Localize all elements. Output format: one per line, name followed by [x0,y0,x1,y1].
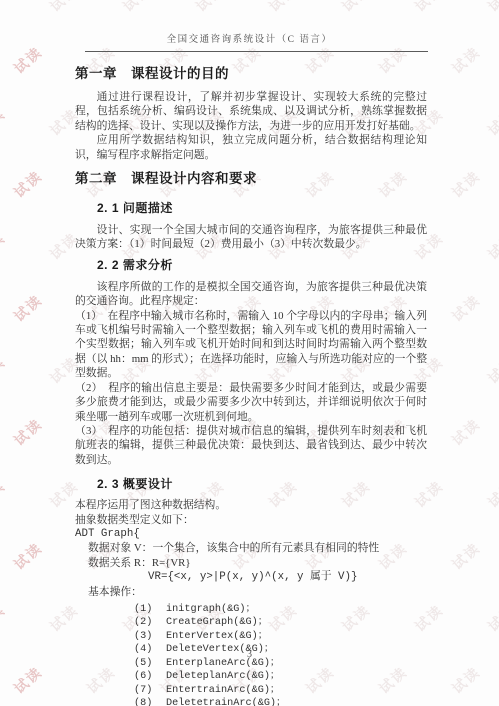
adt-basic-ops-label: 基本操作： [88,585,427,599]
operation-number: (3) [134,630,160,644]
watermark-text: 试读 [9,166,46,202]
operation-code: CreateGraph(&G)； [166,616,268,630]
adt-operation-row: (6) DeleteplanArc(&G)； [134,670,427,684]
header-rule [85,51,428,52]
section-2-1-heading: 2. 1 问题描述 [97,199,427,216]
watermark-text: 试读 [447,538,484,574]
operation-number: (8) [134,697,160,706]
watermark-text: 试读 [483,476,499,512]
watermark-text: 试读 [0,0,10,16]
watermark-text: 试读 [264,0,301,16]
watermark-text: 试读 [9,290,46,326]
document-page: 试读试读试读试读试读试读试读试读试读试读试读试读试读试读试读试读试读试读试读试读… [0,0,499,706]
watermark-text: 试读 [447,662,484,698]
adt-data-relation-line: 数据关系 R：R={VR} [88,556,427,570]
section-2-2-item-3: （3） 程序的功能包括：提供对城市信息的编辑，提供列车时刻表和飞机航班表的编辑，… [75,424,427,467]
operation-number: (2) [134,616,160,630]
operation-code: EnterVertex(&G)； [166,630,268,644]
page-number: 3 [0,649,499,660]
document-body: 第一章 课程设计的目的 通过进行课程设计，了解并初步掌握设计、实现较大系统的完整… [75,56,427,706]
chapter1-heading: 第一章 课程设计的目的 [75,62,427,82]
operation-code: DeletetrainArc(&G)； [166,697,286,706]
watermark-text: 试读 [118,0,155,16]
chapter1-paragraph-1: 通过进行课程设计，了解并初步掌握设计、实现较大系统的完整过程，包括系统分析、编码… [75,90,427,133]
adt-operation-row: (8) DeletetrainArc(&G)； [134,697,427,706]
header-title: 全国交通咨询系统设计（C 语言） [0,31,499,45]
watermark-text: 试读 [191,0,228,16]
watermark-text: 试读 [9,538,46,574]
section-2-3-line-1: 本程序运用了图这种数据结构。 [75,498,427,512]
adt-operation-row: (3) EnterVertex(&G)； [134,630,427,644]
adt-operation-row: (2) CreateGraph(&G)； [134,616,427,630]
section-2-1-paragraph: 设计、实现一个全国大城市间的交通咨询程序，为旅客提供三种最优决策方案：（1）时间… [75,223,427,252]
section-2-2-heading: 2. 2 需求分析 [97,256,427,273]
adt-operation-row: (1) initgraph(&G)； [134,603,427,617]
section-2-2-item-2: （2） 程序的输出信息主要是：最快需要多少时间才能到达，或最少需要多少旅费才能到… [75,381,427,424]
operation-number: (6) [134,670,160,684]
watermark-text: 试读 [0,476,10,512]
watermark-text: 试读 [45,0,82,16]
operation-code: DeleteplanArc(&G)； [166,670,280,684]
adt-open-line: ADT Graph{ [75,527,427,541]
section-2-3-heading: 2. 3 概要设计 [97,475,427,492]
watermark-text: 试读 [0,228,10,264]
section-2-2-paragraph: 该程序所做的工作的是模拟全国交通咨询，为旅客提供三种最优决策的交通咨询。此程序规… [75,280,427,309]
watermark-text: 试读 [483,352,499,388]
adt-operation-row: (7) EntertrainArc(&G)； [134,684,427,698]
section-2-2-item-1: （1） 在程序中输入城市名称时，需输入 10 个字母以内的字母串；输入列车或飞机… [75,309,427,381]
watermark-text: 试读 [447,290,484,326]
operation-number: (1) [134,603,160,617]
operation-code: EntertrainArc(&G)； [166,684,280,698]
section-2-3-line-2: 抽象数据类型定义如下： [75,513,427,527]
chapter1-paragraph-2: 应用所学数据结构知识，独立完成问题分析，结合数据结构理论知识，编写程序求解指定问… [75,133,427,162]
watermark-text: 试读 [0,352,10,388]
watermark-text: 试读 [447,42,484,78]
watermark-text: 试读 [9,42,46,78]
watermark-text: 试读 [483,228,499,264]
watermark-text: 试读 [9,662,46,698]
operation-code: initgraph(&G)； [166,603,256,617]
adt-data-object-line: 数据对象 V：一个集合，该集合中的所有元素具有相同的特性 [88,541,427,555]
watermark-text: 试读 [447,414,484,450]
operation-number: (7) [134,684,160,698]
watermark-text: 试读 [483,0,499,16]
watermark-text: 试读 [483,104,499,140]
watermark-text: 试读 [0,104,10,140]
watermark-text: 试读 [337,0,374,16]
watermark-text: 试读 [447,166,484,202]
chapter2-heading: 第二章 课程设计内容和要求 [75,167,427,187]
watermark-text: 试读 [410,0,447,16]
watermark-text: 试读 [9,414,46,450]
adt-vr-line: VR={<x, y>|P(x, y)^(x, y 属于 V)} [148,570,427,584]
watermark-text: 试读 [0,600,10,636]
watermark-text: 试读 [483,600,499,636]
